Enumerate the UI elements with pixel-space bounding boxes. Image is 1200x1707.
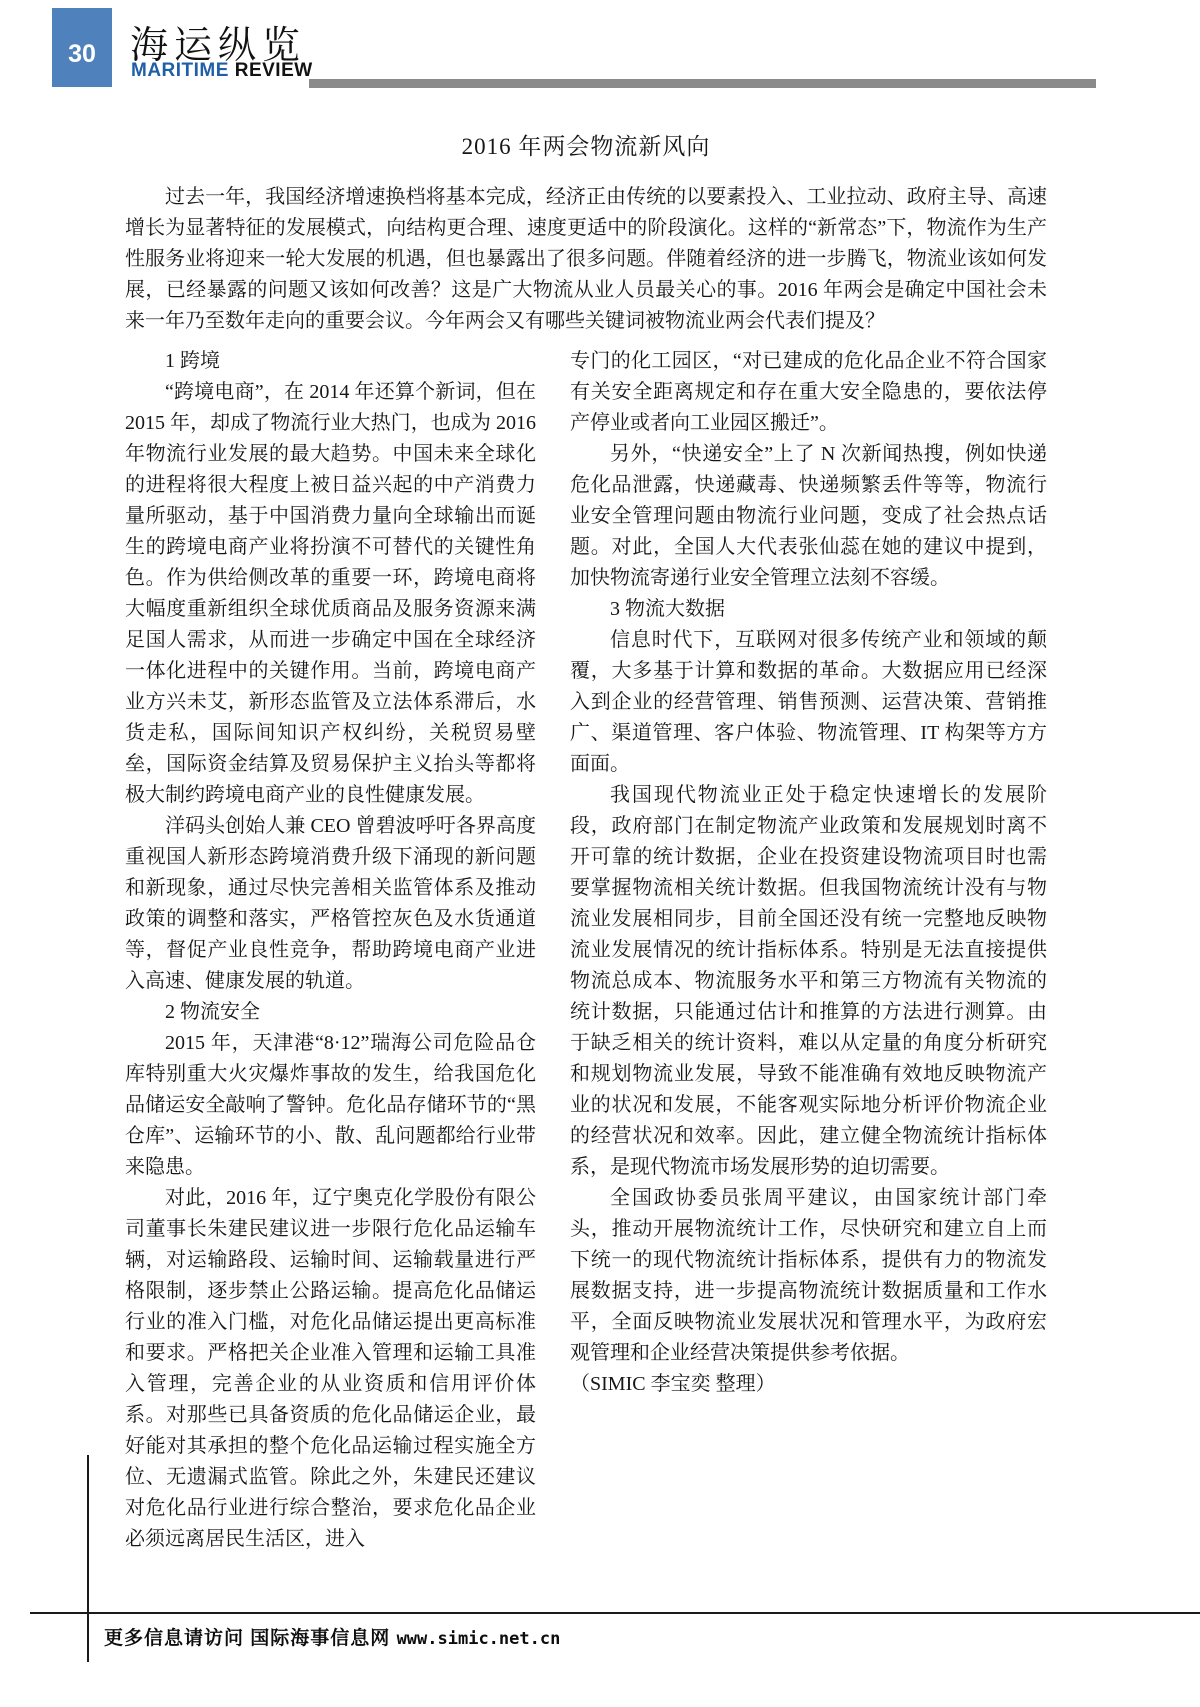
section-heading-1: 1 跨境 bbox=[125, 346, 536, 377]
body-paragraph-continuation: 专门的化工园区，“对已建成的危化品企业不符合国家有关安全距离规定和存在重大安全隐… bbox=[570, 346, 1047, 439]
column-left: 1 跨境 “跨境电商”，在 2014 年还算个新词，但在 2015 年，却成了物… bbox=[125, 346, 536, 1555]
footer-text: 更多信息请访问 国际海事信息网 www.simic.net.cn bbox=[104, 1623, 560, 1650]
body-paragraph: “跨境电商”，在 2014 年还算个新词，但在 2015 年，却成了物流行业大热… bbox=[125, 377, 536, 811]
footer-url: www.simic.net.cn bbox=[397, 1629, 561, 1649]
article: 2016 年两会物流新风向 过去一年，我国经济增速换档将基本完成，经济正由传统的… bbox=[125, 128, 1047, 1555]
body-paragraph: 对此，2016 年，辽宁奥克化学股份有限公司董事长朱建民建议进一步限行危化品运输… bbox=[125, 1183, 536, 1555]
magazine-page: 30 海运纵览 MARITIME REVIEW 2016 年两会物流新风向 过去… bbox=[0, 0, 1200, 1707]
body-paragraph: 洋码头创始人兼 CEO 曾碧波呼吁各界高度重视国人新形态跨境消费升级下涌现的新问… bbox=[125, 811, 536, 997]
section-title-en: MARITIME REVIEW bbox=[131, 60, 313, 82]
body-paragraph: 信息时代下，互联网对很多传统产业和领域的颠覆，大多基于计算和数据的革命。大数据应… bbox=[570, 625, 1047, 780]
section-heading-3: 3 物流大数据 bbox=[570, 594, 1047, 625]
article-title: 2016 年两会物流新风向 bbox=[125, 128, 1047, 161]
footer-horizontal-rule bbox=[30, 1612, 1200, 1614]
attribution: （SIMIC 李宝奕 整理） bbox=[570, 1369, 1047, 1400]
two-column-body: 1 跨境 “跨境电商”，在 2014 年还算个新词，但在 2015 年，却成了物… bbox=[125, 346, 1047, 1555]
intro-paragraph: 过去一年，我国经济增速换档将基本完成，经济正由传统的以要素投入、工业拉动、政府主… bbox=[125, 182, 1047, 337]
body-paragraph: 2015 年，天津港“8·12”瑞海公司危险品仓库特别重大火灾爆炸事故的发生，给… bbox=[125, 1028, 536, 1183]
section-title-en-maritime: MARITIME bbox=[131, 60, 229, 81]
page-number-badge: 30 bbox=[52, 8, 112, 87]
body-paragraph: 我国现代物流业正处于稳定快速增长的发展阶段，政府部门在制定物流产业政策和发展规划… bbox=[570, 780, 1047, 1183]
section-title-en-review: REVIEW bbox=[235, 60, 313, 81]
footer-vertical-rule bbox=[87, 1455, 89, 1662]
footer-text-cn: 更多信息请访问 国际海事信息网 bbox=[104, 1628, 397, 1649]
column-right: 专门的化工园区，“对已建成的危化品企业不符合国家有关安全距离规定和存在重大安全隐… bbox=[570, 346, 1047, 1555]
body-paragraph: 全国政协委员张周平建议，由国家统计部门牵头，推动开展物流统计工作，尽快研究和建立… bbox=[570, 1183, 1047, 1369]
body-paragraph: 另外，“快递安全”上了 N 次新闻热搜，例如快递危化品泄露，快递藏毒、快递频繁丢… bbox=[570, 439, 1047, 594]
section-heading-2: 2 物流安全 bbox=[125, 997, 536, 1028]
page-number: 30 bbox=[68, 40, 96, 69]
header-divider-bar bbox=[309, 79, 1096, 88]
